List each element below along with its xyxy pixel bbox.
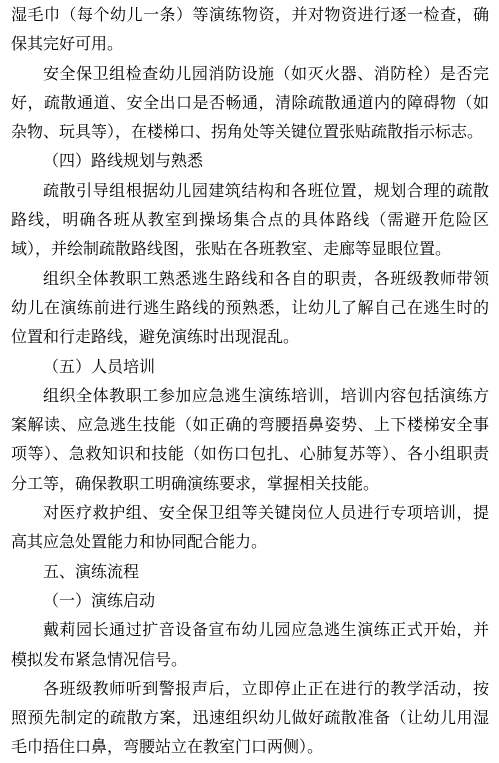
paragraph-body: 组织全体教职工熟悉逃生路线和各自的职责，各班级教师带领幼儿在演练前进行逃生路线的…: [11, 265, 489, 353]
section-heading: （一）演练启动: [11, 587, 489, 616]
section-heading: （五）人员培训: [11, 353, 489, 382]
document-body-text: 湿毛巾（每个幼儿一条）等演练物资，并对物资进行逐一检查，确保其完好可用。 安全保…: [11, 1, 489, 763]
chapter-heading: 五、演练流程: [11, 558, 489, 587]
paragraph-body: 各班级教师听到警报声后，立即停止正在进行的教学活动，按照预先制定的疏散方案，迅速…: [11, 675, 489, 763]
paragraph-body-continuation: 湿毛巾（每个幼儿一条）等演练物资，并对物资进行逐一检查，确保其完好可用。: [11, 1, 489, 60]
paragraph-body: 对医疗救护组、安全保卫组等关键岗位人员进行专项培训，提高其应急处置能力和协同配合…: [11, 499, 489, 558]
paragraph-body: 组织全体教职工参加应急逃生演练培训，培训内容包括演练方案解读、应急逃生技能（如正…: [11, 382, 489, 499]
section-heading: （四）路线规划与熟悉: [11, 147, 489, 176]
paragraph-body: 安全保卫组检查幼儿园消防设施（如灭火器、消防栓）是否完好，疏散通道、安全出口是否…: [11, 60, 489, 148]
document-page: 湿毛巾（每个幼儿一条）等演练物资，并对物资进行逐一检查，确保其完好可用。 安全保…: [0, 0, 499, 763]
paragraph-body: 戴莉园长通过扩音设备宣布幼儿园应急逃生演练正式开始，并模拟发布紧急情况信号。: [11, 616, 489, 675]
paragraph-body: 疏散引导组根据幼儿园建筑结构和各班位置，规划合理的疏散路线，明确各班从教室到操场…: [11, 177, 489, 265]
